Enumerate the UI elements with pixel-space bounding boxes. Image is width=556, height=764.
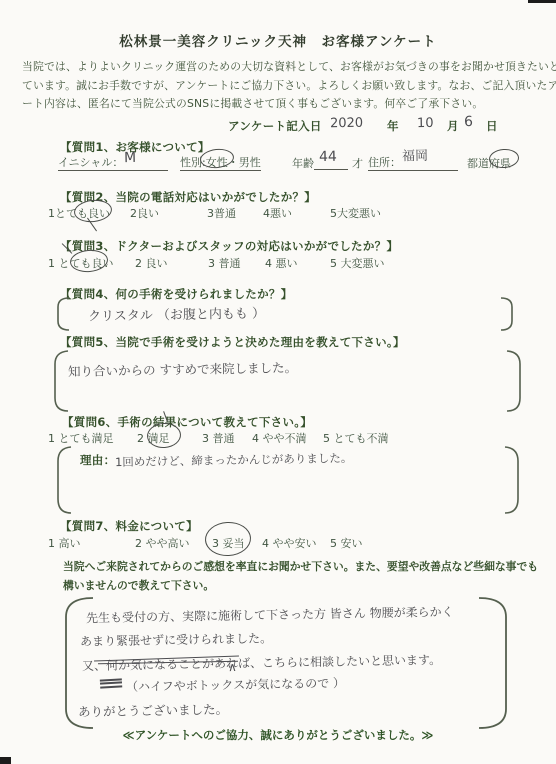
q1-initial-label: イニシャル：	[58, 156, 123, 169]
q1-initial-value: M	[124, 150, 136, 166]
intro-line-2: ています。誠にお手数ですが、アンケートにご協力下さい。よろしくお願い致します。な…	[22, 77, 556, 96]
feedback-prompt-line-2: 構いませんので教えて下さい。	[63, 576, 538, 595]
q4-answer-text: クリスタル （お腹と内もも ）	[88, 302, 265, 324]
footer-thanks: ≪アンケートへのご協力、誠にありがとうございました。≫	[0, 727, 556, 743]
feedback-line-1: 先生も受付の方、実際に施術して下さった方 皆さん 物腰が柔らかく	[86, 603, 454, 626]
q6-reason-text: 1回めだけど、締まったかんじがありました。	[115, 450, 353, 470]
q6-option-4: 4 やや不満	[252, 430, 307, 446]
q7-options-row: 1 高い 2 やや高い 3 妥当 4 やや安い 5 安い	[0, 535, 556, 551]
q3-option-5: 5 大変悪い	[330, 255, 385, 271]
q1-age-unit: 才	[352, 155, 363, 171]
feedback-prompt: 当院へご来院されてからのご感想を率直にお聞かせ下さい。また、要望や改善点など些細…	[63, 557, 538, 595]
date-year-unit: 年	[387, 118, 399, 134]
q4-header: 【質問4、何の手術を受けられましたか？】	[60, 286, 293, 302]
q6-reason-bracket-left	[56, 446, 72, 514]
q6-option-3: 3 普通	[202, 430, 235, 446]
q6-options-row: 1 とても満足 2 満足 3 普通 4 やや不満 5 とても不満	[0, 430, 556, 446]
q3-option-3: 3 普通	[208, 255, 241, 271]
scan-mark-top-right	[528, 0, 556, 3]
q2-option-5: 5大変悪い	[330, 205, 381, 221]
feedback-bracket-right	[478, 597, 508, 729]
feedback-line-4: （ハイフやボトックスが気になるので ）	[126, 674, 345, 695]
intro-line-1: 当院では、よりよいクリニック運営のための大切な資料として、お客様がお気づきの事を…	[22, 58, 556, 77]
q1-age-field: 44	[314, 154, 348, 170]
q2-option-4: 4悪い	[263, 205, 292, 221]
q5-answer-bracket-left	[53, 350, 69, 412]
q7-option-2: 2 やや高い	[135, 535, 190, 551]
q5-header: 【質問5、当院で手術を受けようと決めた理由を教えて下さい。】	[60, 334, 405, 350]
q6-header: 【質問6、手術の結果について教えて下さい。】	[62, 414, 312, 430]
q1-fields-row: イニシャル： M 性別:女性・男性 年齢 44 才 住所： 福岡 都道府県	[0, 152, 556, 174]
q7-selection-circle	[204, 521, 252, 557]
q2-option-3: 3普通	[207, 205, 236, 221]
crossed-out-scribble	[100, 681, 122, 684]
feedback-prompt-line-1: 当院へご来院されてからのご感想を率直にお聞かせ下さい。また、要望や改善点など些細…	[63, 557, 538, 576]
q5-answer-bracket-right	[506, 350, 522, 412]
scanned-survey-sheet: 松林景一美容クリニック天神 お客様アンケート 当院では、よりよいクリニック運営の…	[0, 0, 556, 764]
q3-option-4: 4 悪い	[265, 255, 298, 271]
date-month-unit: 月	[447, 118, 459, 134]
date-year-value: 2020	[330, 116, 363, 132]
q6-option-5: 5 とても不満	[323, 430, 389, 446]
q1-address-field: 住所： 福岡	[368, 154, 458, 171]
page-title: 松林景一美容クリニック天神 お客様アンケート	[0, 30, 556, 50]
date-day-value: 6	[464, 114, 473, 130]
date-label: アンケート記入日	[228, 118, 322, 134]
q4-answer-bracket-left	[56, 297, 70, 331]
scan-mark-bottom-left	[0, 757, 11, 764]
q6-option-1: 1 とても満足	[48, 430, 114, 446]
q2-option-2: 2良い	[130, 205, 159, 221]
q7-header: 【質問7、料金について】	[60, 518, 198, 534]
date-month-value: 10	[417, 116, 434, 131]
q6-reason-label: 理由：	[80, 452, 115, 468]
q7-option-1: 1 高い	[48, 535, 81, 551]
survey-date-line: アンケート記入日 2020 年 10 月 6 日	[0, 118, 556, 138]
feedback-insert-caret: ∧	[228, 660, 237, 674]
q5-answer-text: 知り合いからの すすめで来院しました。	[68, 358, 297, 380]
q4-answer-bracket-right	[500, 297, 514, 331]
q1-age-value: 44	[319, 149, 337, 165]
q3-option-2: 2 良い	[135, 255, 168, 271]
intro-paragraph: 当院では、よりよいクリニック運営のための大切な資料として、お客様がお気づきの事を…	[22, 58, 556, 114]
intro-line-3: ート内容は、匿名にて当院公式のSNSに掲載させて頂く事もございます。何卒ご了承下…	[22, 95, 556, 114]
q7-option-4: 4 やや安い	[262, 535, 317, 551]
q3-header: 【質問3、ドクターおよびスタッフの対応はいかがでしたか？】	[60, 238, 398, 254]
q1-age-label: 年齢	[292, 155, 314, 171]
q1-initial-field: イニシャル： M	[58, 154, 168, 171]
date-day-unit: 日	[486, 118, 498, 134]
q1-address-value: 福岡	[402, 145, 428, 164]
feedback-line-2: あまり緊張せずに受けられました。	[80, 629, 272, 649]
feedback-line-5: ありがとうございました。	[78, 700, 228, 721]
q6-reason-bracket-right	[504, 446, 520, 514]
q7-option-5: 5 安い	[330, 535, 363, 551]
q1-address-label: 住所：	[368, 156, 401, 169]
